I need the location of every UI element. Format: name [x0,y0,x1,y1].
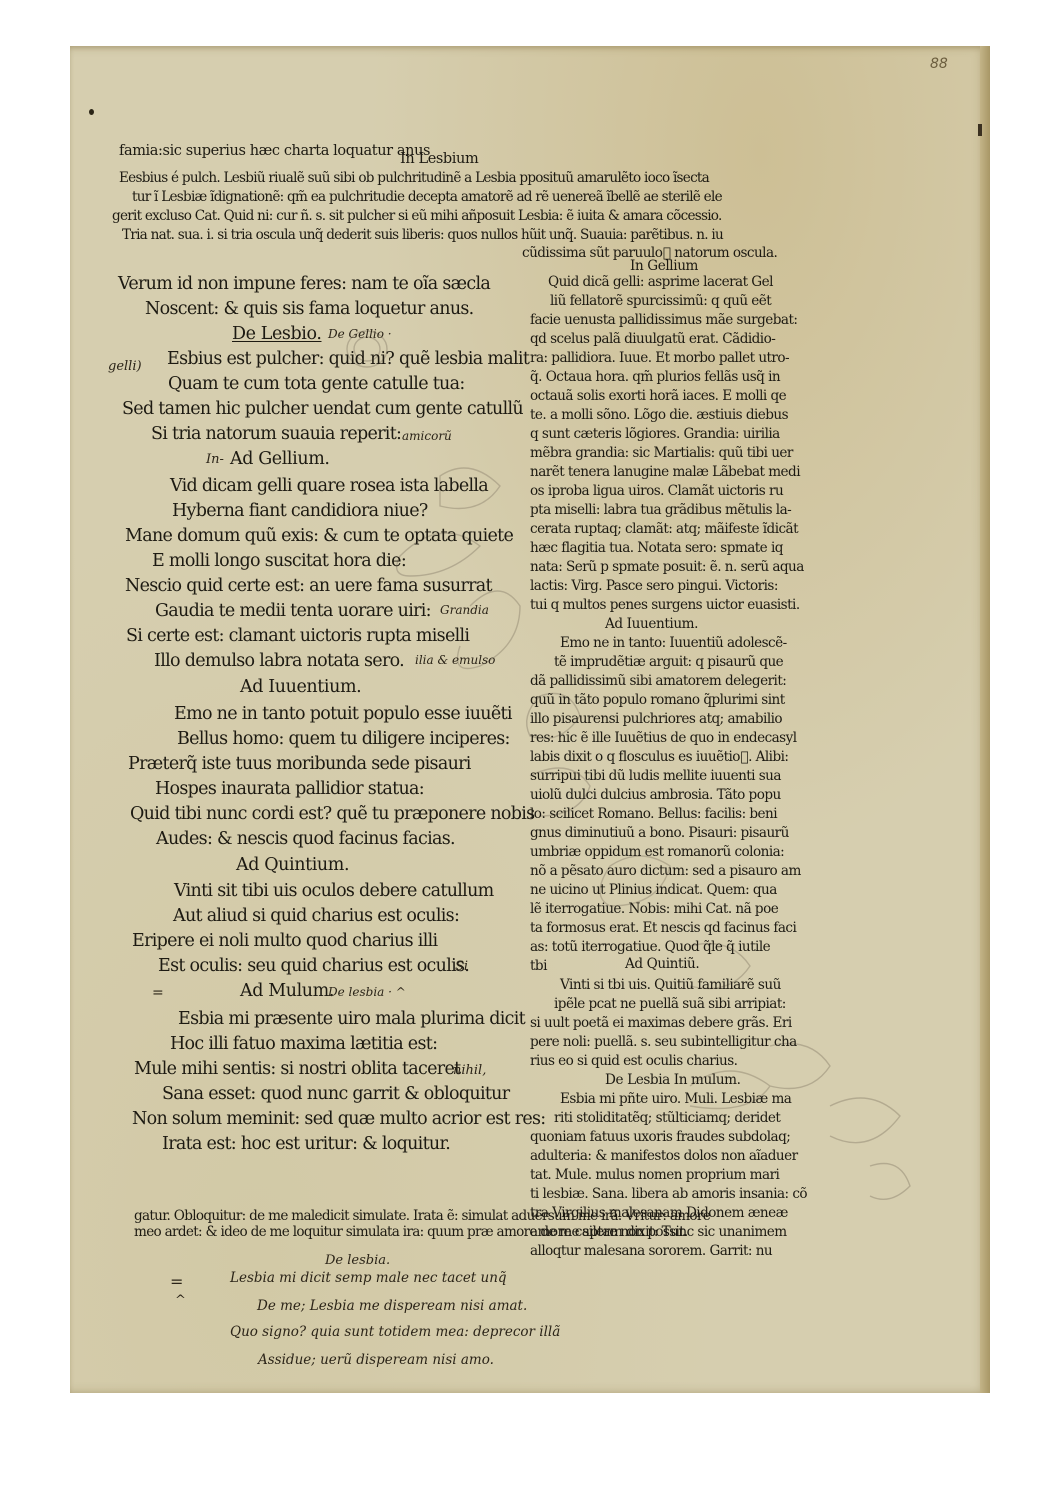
verse-line: Hospes inaurata pallidior statua: [155,781,424,799]
verse-line: Eripere ei noli multo quod charius illi [132,933,437,951]
commentary-line: octauã solis exorti horã iaces. E molli … [530,390,786,404]
commentary-line: nõ a pẽsato auro dictum: sed a pisauro a… [530,865,801,879]
verse-line: Est oculis: seu quid charius est oculis. [158,958,469,976]
verse-line: Non solum meminit: sed quæ multo acrior … [132,1111,546,1129]
poem-title: Ad Iuuentium. [240,679,361,697]
commentary-line: surripui tibi dũ ludis mellite iuuenti s… [530,770,781,784]
handwritten-annotation: amicorũ [402,430,452,442]
commentary-line: tbi [530,960,547,974]
handwritten-annotation: Si [455,960,468,973]
verse-line: E molli longo suscitat hora die: [152,553,406,571]
verse-line: Aut aliud si quid charius est oculis: [173,908,459,926]
page-edge [980,46,990,1393]
commentary-line: quoniam fatuus uxoris fraudes subdolaq; [530,1131,790,1145]
commentary-heading: De Lesbia In mulum. [605,1074,741,1088]
verse-line: Illo demulso labra notata sero. [154,653,404,671]
verse-line: Mule mihi sentis: si nostri oblita tacer… [134,1061,460,1079]
commentary-line: q sunt cæteris lõgiores. Grandia: uirili… [530,428,780,442]
handwritten-note-line: Lesbia mi dicit semp male nec tacet unq̃ [230,1272,507,1286]
commentary-heading: In Gellium [630,260,698,274]
commentary-line: nata: Serũ p spmate posuit: ẽ. n. serũ a… [530,561,804,575]
verse-line: Præterq̃ iste tuus moribunda sede pisaur… [128,756,471,774]
commentary-line: Tria nat. sua. i. si tria oscula unq̃ de… [122,229,723,243]
commentary-line: gnus diminutiuũ a bono. Pisauri: pisaurũ [530,827,789,841]
handwritten-note-line: De me; Lesbia me dispeream nisi amat. [257,1300,527,1314]
commentary-line: uiolũ dulci dulcius ambrosia. Tãto popu [530,789,781,803]
verse-line: Verum id non impune feres: nam te oĩa sæ… [118,276,490,294]
commentary-line: lẽ iterrogatiue. Nobis: mihi Cat. nã poe [530,903,778,917]
commentary-line: labis dixit o q flosculus es iuuẽtio᷑. A… [530,751,788,765]
handwritten-annotation: In- [206,453,224,466]
carry-over-line: famia:sic superius hæc charta loquatur a… [119,144,430,159]
commentary-line: ta formosus erat. Et nescis qd facinus f… [530,922,796,936]
commentary-line: si uult poetã ei maximas debere grãs. Er… [530,1017,792,1031]
verse-line: Hoc illi fatuo maxima lætitia est: [170,1036,437,1054]
commentary-line: adulteria: & manifestos dolos non aĩadue… [530,1150,798,1164]
verse-line: Vinti sit tibi uis oculos debere catullu… [174,883,494,901]
commentary-line: ra: pallidiora. Iuue. Et morbo pallet ut… [530,352,789,366]
margin-mark: = [170,1274,183,1290]
edge-mark [978,124,982,136]
handwritten-annotation: Grandia [440,604,489,616]
commentary-line: illo pisaurensi pulchriores atq; amabili… [530,713,782,727]
commentary-line: as: totũ iterrogatiue. Quod q̃le q̃ iuti… [530,941,770,955]
commentary-line: pere noli: puellã. s. seu subintelligitu… [530,1036,797,1050]
commentary-heading: Ad Iuuentium. [605,618,698,632]
commentary-line: quũ in tãto populo romano q̃plurimi sint [530,694,785,708]
verse-line: Hyberna fiant candidiora niue? [172,503,428,521]
verse-line: Irata est: hoc est uritur: & loquitur. [162,1136,450,1154]
verse-line: Si tria natorum suauia reperit: [151,426,401,444]
commentary-line: te. a molli sõno. Lõgo die. æstiuis dieb… [530,409,788,423]
commentary-line: Vinti si tbi uis. Quitiũ familiarẽ suũ [560,979,781,993]
handwritten-annotation: De Gellio · [328,328,392,340]
verse-line: Esbia mi præsente uiro mala plurima dici… [178,1011,525,1029]
commentary-line: riti stoliditatẽq; stũlticiamq; deridet [554,1112,780,1126]
handwritten-annotation: ilia & emulso [415,654,495,666]
verse-line: Emo ne in tanto potuit populo esse iuuẽt… [174,706,512,724]
poem-title: Ad Gellium. [230,451,330,469]
verse-line: Nescio quid certe est: an uere fama susu… [125,578,492,596]
verse-line: Audes: & nescis quod facinus facias. [156,831,455,849]
commentary-line: Quid dicã gelli: asprime lacerat Gel [548,276,773,290]
commentary-line: pta miselli: labra tua grãdibus mẽtulis … [530,504,791,518]
verse-line: Quam te cum tota gente catulle tua: [168,376,465,394]
commentary-line: tẽ imprudẽtiæ arguit: q pisaurũ que [554,656,783,670]
commentary-line: lactis: Virg. Pasce sero pingui. Victori… [530,580,778,594]
commentary-heading: In Lesbium [400,152,478,167]
commentary-line: tat. Mule. mulus nomen proprium mari [530,1169,779,1183]
commentary-line: lo: scilicet Romano. Bellus: facilis: be… [530,808,777,822]
verse-line: Si certe est: clamant uictoris rupta mis… [126,628,469,646]
commentary-line: tui q multos penes surgens uictor euasis… [530,599,800,613]
handwritten-note-line: Assidue; uerũ dispeream nisi amo. [258,1354,494,1368]
commentary-line: res: hic ẽ ille Iuuẽtius de quo in endec… [530,732,797,746]
handwritten-margin-mark: = [152,986,164,1000]
commentary-line: os iproba ligua uiros. Clamãt uictoris r… [530,485,783,499]
commentary-line: cerata ruptaq; clamãt: atq; mãifeste ĩdi… [530,523,798,537]
verse-line: Noscent: & quis sis fama loquetur anus. [145,301,474,319]
commentary-line: ne uicino ut Plinius indicat. Quem: qua [530,884,777,898]
poem-title: Ad Mulum. [240,983,334,1001]
poem-title: De Lesbio. [232,326,322,344]
commentary-line: tur ĩ Lesbiæ ĩdignationẽ: qm̃ ea pulchri… [132,191,722,205]
poem-title: Ad Quintium. [236,857,349,875]
commentary-heading: Ad Quintiũ. [625,958,699,972]
commentary-line: ti lesbiæ. Sana. libera ab amoris insani… [530,1188,807,1202]
commentary-line: dã pallidissimũ sibi amatorem delegerit: [530,675,786,689]
commentary-line: facie uenusta pallidissimus mãe surgebat… [530,314,797,328]
commentary-line: Emo ne in tanto: Iuuentiũ adolescẽ- [560,637,787,651]
verse-line: Esbius est pulcher: quid ni? quẽ lesbia … [167,351,529,369]
handwritten-note-title: De lesbia. [325,1254,390,1267]
verse-line: Bellus homo: quem tu diligere inciperes: [177,731,510,749]
handwritten-note-line: Quo signo? quia sunt totidem mea: deprec… [230,1326,560,1340]
commentary-line: qd scelus palã diuulgatũ erat. Cãdidio- [530,333,775,347]
commentary-line: narẽt tenera lanugine malæ Lãbebat medi [530,466,800,480]
commentary-line: liũ fellatorẽ spurcissimũ: q quũ eẽt [550,295,771,309]
margin-mark: ^ [175,1294,186,1307]
folio-number: 88 [930,56,948,72]
verse-line: Vid dicam gelli quare rosea ista labella [170,478,488,496]
verse-line: Sana esset: quod nunc garrit & obloquitu… [162,1086,509,1104]
commentary-line: ipẽle pcat ne puellã suã sibi arripiat: [554,998,786,1012]
verse-line: Gaudia te medii tenta uorare uiri: [155,603,431,621]
commentary-line: hæc flagitia tua. Notata sero: spmate iq [530,542,783,556]
verse-line: Quid tibi nunc cordi est? quẽ tu præpone… [130,806,534,824]
commentary-footer-line: meo ardet: & ideo de me loquitur simulat… [134,1226,687,1240]
commentary-line: gerit excluso Cat. Quid ni: cur ñ. s. si… [112,210,722,224]
commentary-line: q̃. Octaua hora. qm̃ plurios fellãs usq̃… [530,371,780,385]
commentary-line: alloqtur malesana sororem. Garrit: nu [530,1245,772,1259]
ink-spot [89,109,94,115]
commentary-line: rius eo si quid est oculis charius. [530,1055,737,1069]
commentary-footer-line: gatur. Obloquitur: de me maledicit simul… [134,1210,710,1224]
handwritten-margin-note: gelli) [108,360,142,373]
commentary-line: umbriæ oppidum est romanorũ colonia: [530,846,784,860]
handwritten-annotation: De lesbia · ^ [328,986,406,998]
commentary-line: mẽbra grandia: sic Martialis: quũ tibi u… [530,447,793,461]
verse-line: Mane domum quũ exis: & cum te optata qui… [125,528,513,546]
commentary-line: Esbia mi pñte uiro. Muli. Lesbiæ ma [560,1093,791,1107]
commentary-line: Eesbius é pulch. Lesbiũ riualẽ suũ sibi … [119,172,709,186]
handwritten-annotation: nihil, [453,1064,486,1077]
verse-line: Sed tamen hic pulcher uendat cum gente c… [122,401,523,419]
manuscript-page: 88 famia:sic superius hæc charta loquatu… [70,46,990,1393]
